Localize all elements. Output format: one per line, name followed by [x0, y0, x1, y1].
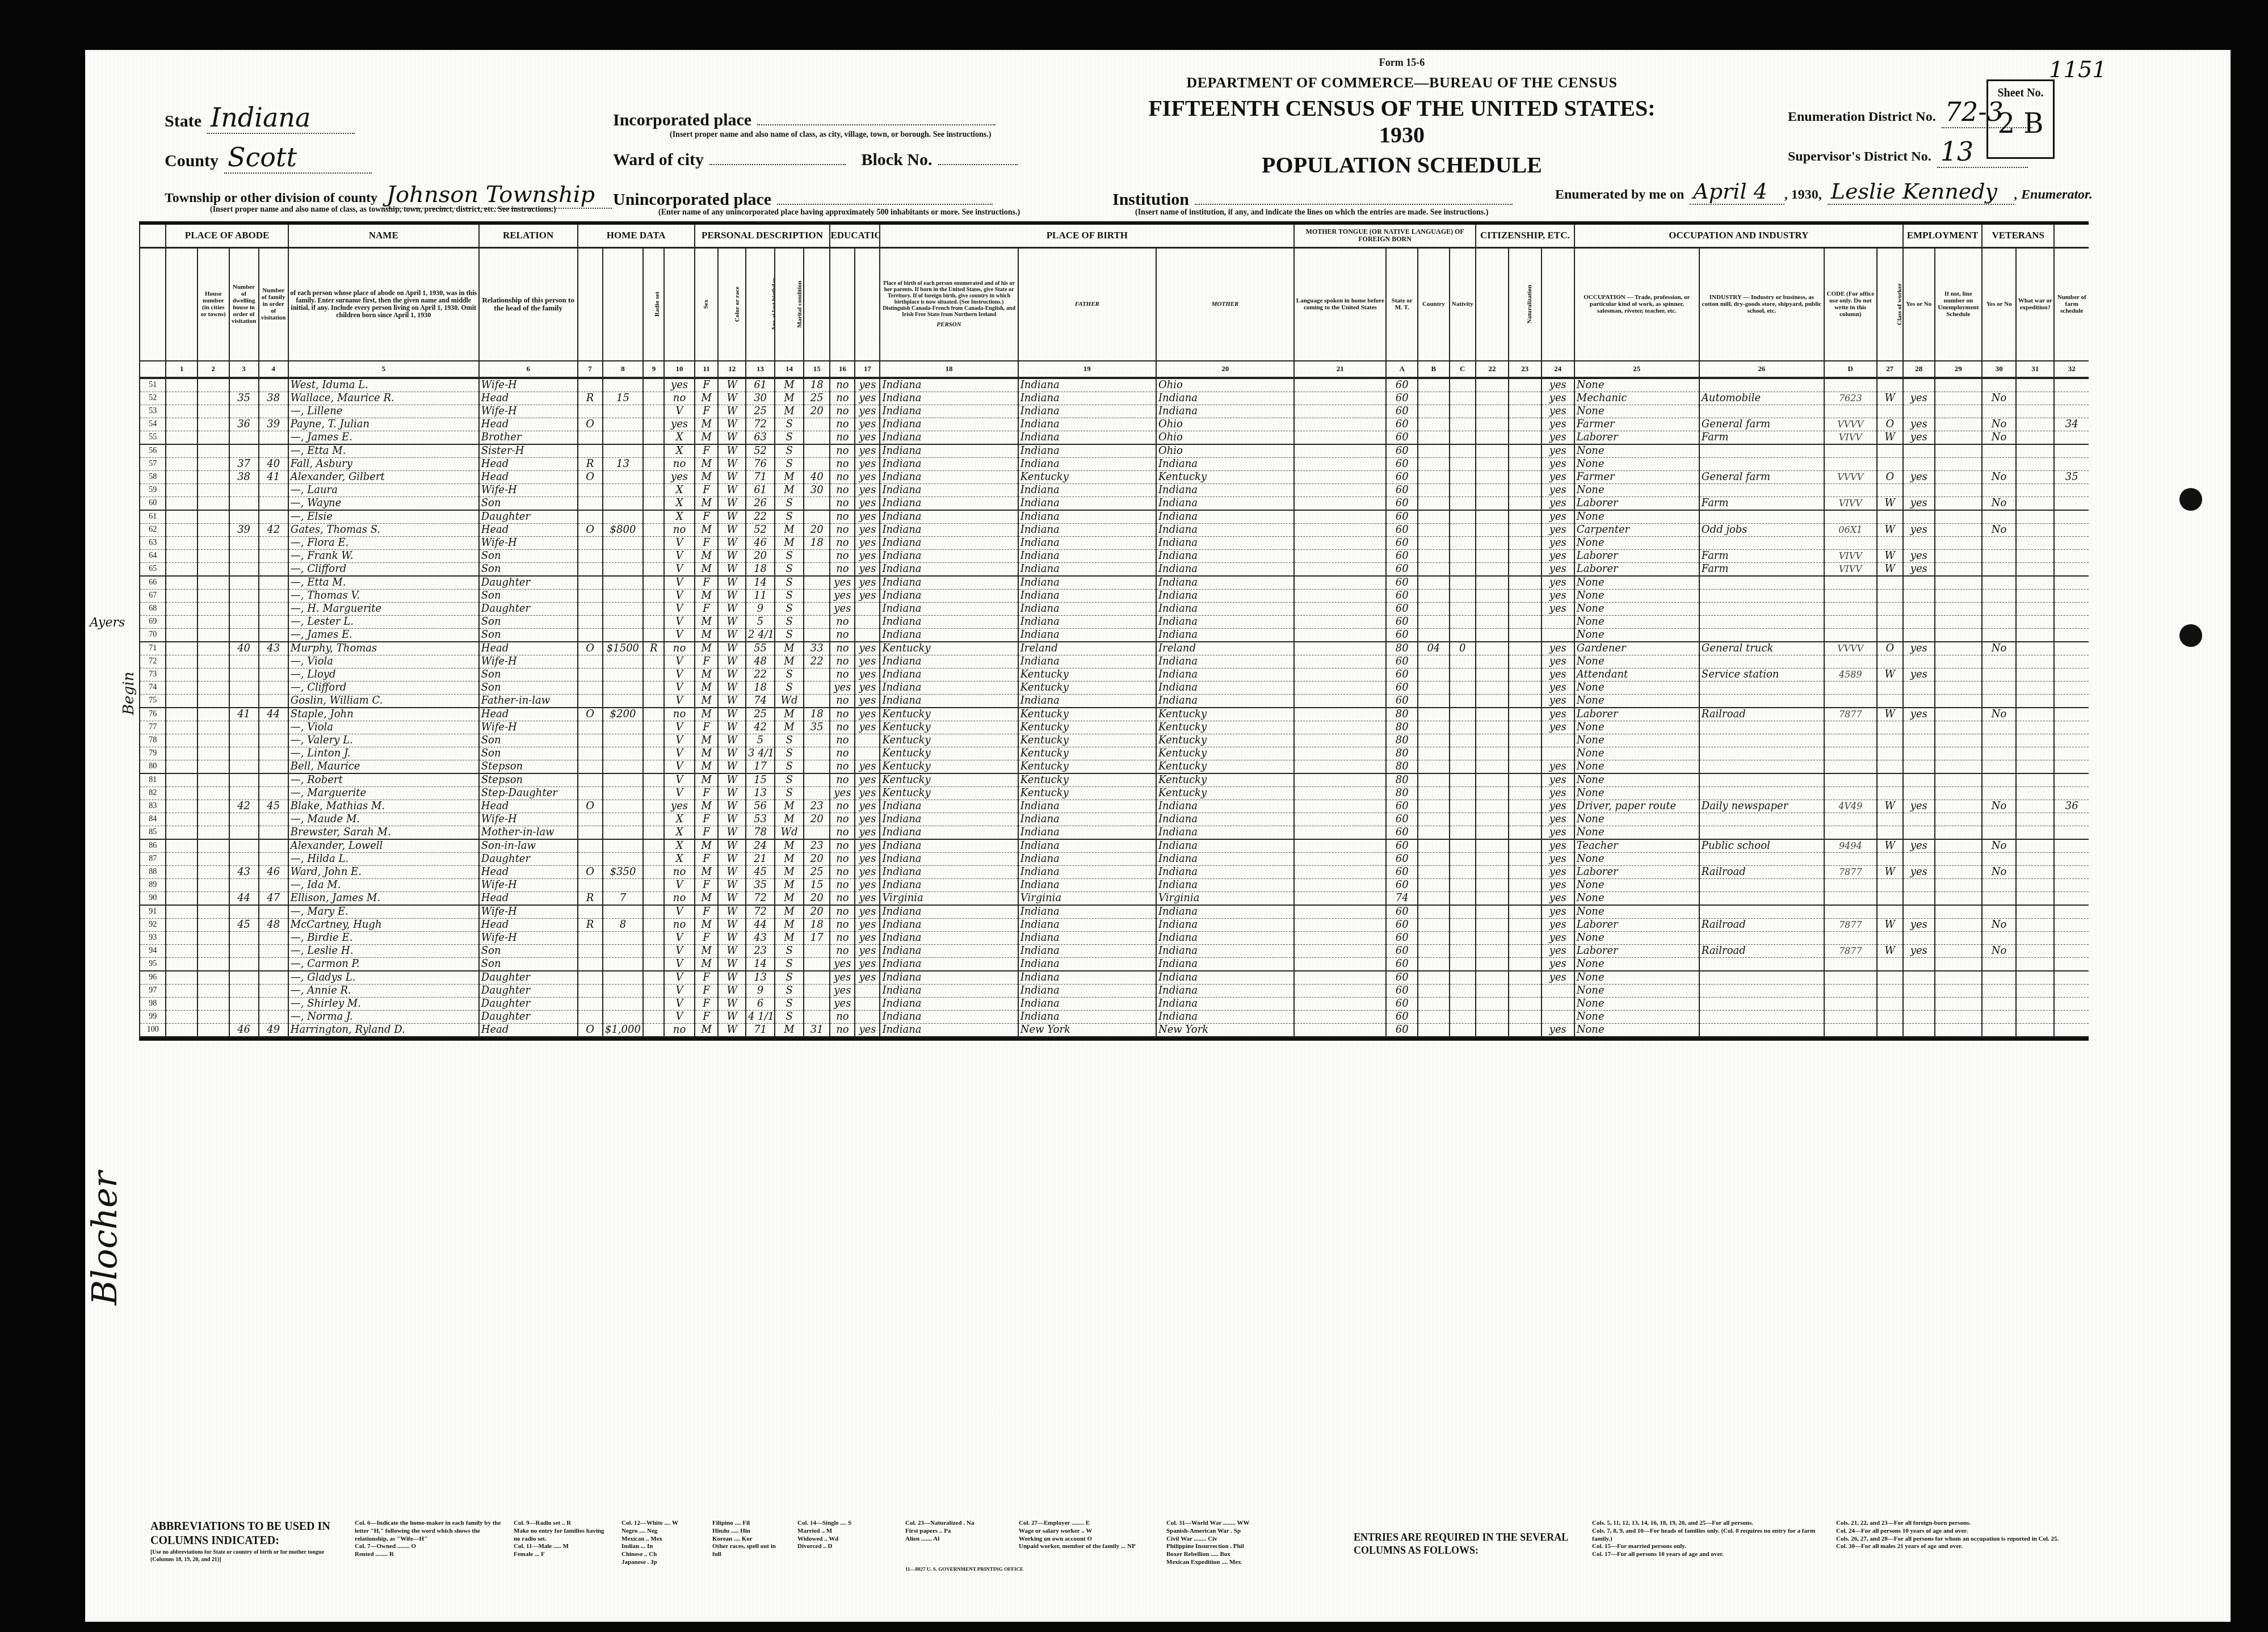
cell-house [198, 576, 229, 590]
cell-occ: None [1574, 405, 1699, 418]
cell-c [1450, 484, 1476, 497]
cell-occ: Laborer [1574, 945, 1699, 958]
cell-rel: Head [479, 642, 578, 655]
cell-rw: yes [855, 378, 880, 392]
cell-ind [1699, 405, 1824, 418]
cell-lang [1294, 444, 1386, 458]
cell-cls [1877, 721, 1903, 734]
cell-ind [1699, 510, 1824, 524]
cell-a: 60 [1386, 655, 1418, 668]
cell-name: —, Ida M. [288, 879, 479, 892]
cell-val [603, 747, 644, 760]
cell-farmno [2054, 747, 2089, 760]
cell-c [1450, 813, 1476, 826]
cell-sex: F [695, 998, 719, 1011]
unincorporated-note: (Enter name of any unincorporated place … [658, 208, 1020, 217]
cell-eng: yes [1542, 905, 1574, 919]
cell-war [2016, 985, 2054, 998]
cell-code [1824, 747, 1877, 760]
cell-imm [1476, 550, 1509, 563]
abbrev-col23: Col. 23—Naturalized . Na First papers ..… [905, 1520, 1007, 1543]
cell-sch: no [830, 418, 855, 431]
cell-unemp [1935, 1011, 1982, 1024]
col-header-relation: Relationship of this person to the head … [479, 247, 578, 361]
cell-line: 52 [140, 392, 166, 405]
cell-a: 60 [1386, 444, 1418, 458]
cell-dw [229, 563, 259, 577]
table-row: 69—, Lester L.SonVMW5SnoIndianaIndianaIn… [140, 616, 2089, 629]
cell-street [166, 787, 198, 800]
abbrev-col9-col11: Col. 9—Radio set .. R Make no entry for … [514, 1520, 610, 1559]
cell-war [2016, 431, 2054, 445]
cell-code: 7877 [1824, 919, 1877, 932]
cell-bpm: Indiana [1156, 813, 1294, 826]
col-header-home-owned: Home owned or rented [578, 247, 603, 361]
cell-war [2016, 497, 2054, 511]
table-row: 93—, Birdie E.Wife-HVFW43M17noyesIndiana… [140, 932, 2089, 945]
cell-bpf: Indiana [1018, 853, 1156, 866]
cell-occ: None [1574, 826, 1699, 840]
cell-cls [1877, 378, 1903, 392]
cell-c [1450, 550, 1476, 563]
cell-war [2016, 590, 2054, 603]
cell-c [1450, 853, 1476, 866]
cell-a: 80 [1386, 760, 1418, 774]
cell-eng: yes [1542, 800, 1574, 813]
cell-farm: V [664, 668, 694, 682]
cell-bpf: Indiana [1018, 905, 1156, 919]
col-header-radio: Radio set [643, 247, 664, 361]
cell-house [198, 773, 229, 787]
cell-lang [1294, 524, 1386, 537]
cell-mar: S [775, 747, 804, 760]
cell-c [1450, 905, 1476, 919]
cell-code [1824, 892, 1877, 906]
cell-farmno [2054, 695, 2089, 708]
cell-ind [1699, 760, 1824, 774]
cell-rw [855, 629, 880, 642]
cell-war [2016, 800, 2054, 813]
cell-radio [643, 813, 664, 826]
cell-bp: Virginia [880, 892, 1018, 906]
cell-occ: None [1574, 695, 1699, 708]
cell-war [2016, 787, 2054, 800]
county-label: County [165, 152, 219, 170]
cell-dw [229, 734, 259, 747]
column-number: 3 [229, 361, 259, 378]
cell-name: —, Clifford [288, 563, 479, 577]
cell-b [1418, 510, 1450, 524]
cell-bpm: Kentucky [1156, 708, 1294, 721]
cell-age: 20 [746, 550, 775, 563]
cell-lang [1294, 1011, 1386, 1024]
cell-fm: 22 [804, 655, 830, 668]
cell-c [1450, 1011, 1476, 1024]
cell-rel: Wife-H [479, 932, 578, 945]
cell-bpf: Indiana [1018, 537, 1156, 550]
col-header-speak-english: Whether able to speak English [1542, 247, 1574, 361]
cell-eng: yes [1542, 655, 1574, 668]
cell-line: 84 [140, 813, 166, 826]
cell-bp: Indiana [880, 497, 1018, 511]
cell-bpm: Indiana [1156, 695, 1294, 708]
cell-bpf: Kentucky [1018, 471, 1156, 484]
cell-code [1824, 971, 1877, 985]
cell-race: W [718, 484, 746, 497]
cell-a: 60 [1386, 616, 1418, 629]
cell-eng: yes [1542, 471, 1574, 484]
cell-cls: W [1877, 866, 1903, 879]
cell-code [1824, 655, 1877, 668]
cell-c [1450, 497, 1476, 511]
cell-code: VVVV [1824, 471, 1877, 484]
cell-b [1418, 839, 1450, 853]
cell-race: W [718, 945, 746, 958]
column-number: D [1824, 361, 1877, 378]
cell-house [198, 813, 229, 826]
cell-war [2016, 826, 2054, 840]
cell-imm [1476, 721, 1509, 734]
table-row: 924548McCartney, HughHeadR8noMW44M18noye… [140, 919, 2089, 932]
cell-name: —, James E. [288, 431, 479, 445]
cell-mar: M [775, 800, 804, 813]
cell-war [2016, 616, 2054, 629]
cell-a: 60 [1386, 1024, 1418, 1037]
cell-eng: yes [1542, 563, 1574, 577]
cell-nat [1509, 905, 1542, 919]
cell-race: W [718, 708, 746, 721]
cell-fam: 44 [259, 708, 288, 721]
cell-vet [1982, 747, 2016, 760]
cell-dw [229, 1011, 259, 1024]
cell-line: 64 [140, 550, 166, 563]
cell-fm [804, 510, 830, 524]
cell-fam [259, 695, 288, 708]
cell-lang [1294, 747, 1386, 760]
cell-sch: no [830, 524, 855, 537]
cell-val [603, 629, 644, 642]
cell-name: —, Hilda L. [288, 853, 479, 866]
cell-name: —, Lloyd [288, 668, 479, 682]
cell-b [1418, 655, 1450, 668]
cell-cls: W [1877, 392, 1903, 405]
cell-cls [1877, 773, 1903, 787]
abbrev-col14: Col. 14—Single .... S Married .. M Widow… [797, 1520, 894, 1551]
cell-farmno [2054, 971, 2089, 985]
cell-rel: Daughter [479, 1011, 578, 1024]
cell-farmno [2054, 590, 2089, 603]
cell-fam [259, 747, 288, 760]
state-label: State [165, 112, 201, 131]
col-header-house-number: House number (in cities or towns) [198, 247, 229, 361]
col-header-immigration-year: Year of immigration to the United States [1476, 247, 1509, 361]
cell-bpf: Kentucky [1018, 668, 1156, 682]
cell-val [603, 655, 644, 668]
cell-rel: Son-in-law [479, 839, 578, 853]
cell-fam [259, 734, 288, 747]
cell-farm: X [664, 497, 694, 511]
cell-bpm: Indiana [1156, 800, 1294, 813]
cell-radio [643, 590, 664, 603]
cell-name: —, Viola [288, 655, 479, 668]
cell-eng: yes [1542, 590, 1574, 603]
cell-vet [1982, 721, 2016, 734]
cell-house [198, 629, 229, 642]
group-employment: EMPLOYMENT [1903, 225, 1982, 247]
cell-dw [229, 695, 259, 708]
cell-age: 3 4/12 [746, 747, 775, 760]
cell-code [1824, 537, 1877, 550]
cell-race: W [718, 932, 746, 945]
cell-house [198, 708, 229, 721]
cell-fam [259, 668, 288, 682]
cell-sch: no [830, 1024, 855, 1037]
cell-war [2016, 576, 2054, 590]
table-row: 63—, Flora E.Wife-HVFW46M18noyesIndianaI… [140, 537, 2089, 550]
cell-c [1450, 471, 1476, 484]
cell-line: 58 [140, 471, 166, 484]
cell-fm: 23 [804, 800, 830, 813]
column-number: 13 [746, 361, 775, 378]
cell-line: 89 [140, 879, 166, 892]
cell-farm: V [664, 537, 694, 550]
cell-bp: Indiana [880, 524, 1018, 537]
cell-fam [259, 655, 288, 668]
cell-street [166, 721, 198, 734]
cell-nat [1509, 708, 1542, 721]
cell-street [166, 998, 198, 1011]
cell-sex: F [695, 971, 719, 985]
cell-imm [1476, 839, 1509, 853]
cell-c [1450, 537, 1476, 550]
cell-sch: no [830, 378, 855, 392]
cell-imm [1476, 826, 1509, 840]
cell-race: W [718, 682, 746, 695]
cell-mar: M [775, 524, 804, 537]
cell-eng: yes [1542, 642, 1574, 655]
cell-sch: yes [830, 787, 855, 800]
cell-farmno [2054, 497, 2089, 511]
cell-sex: F [695, 879, 719, 892]
col-header-code-a: State or M. T. [1386, 247, 1418, 361]
column-number: 17 [855, 361, 880, 378]
cell-code [1824, 958, 1877, 971]
cell-farmno [2054, 998, 2089, 1011]
cell-street [166, 734, 198, 747]
cell-farm: V [664, 905, 694, 919]
cell-street [166, 945, 198, 958]
cell-bpf: Indiana [1018, 497, 1156, 511]
cell-mar: S [775, 458, 804, 471]
cell-sch: no [830, 642, 855, 655]
cell-own: O [578, 1024, 603, 1037]
cell-c [1450, 708, 1476, 721]
cell-race: W [718, 563, 746, 577]
cell-b [1418, 892, 1450, 906]
cell-farmno [2054, 616, 2089, 629]
cell-b [1418, 773, 1450, 787]
cell-bp: Indiana [880, 998, 1018, 1011]
cell-sex: M [695, 760, 719, 774]
cell-radio [643, 458, 664, 471]
cell-val [603, 537, 644, 550]
cell-rw: yes [855, 444, 880, 458]
margin-note-ayers: Ayers [90, 616, 125, 630]
cell-occ: None [1574, 787, 1699, 800]
cell-val [603, 431, 644, 445]
cell-sex: M [695, 563, 719, 577]
cell-val [603, 760, 644, 774]
cell-line: 69 [140, 616, 166, 629]
cell-own [578, 813, 603, 826]
cell-a: 60 [1386, 866, 1418, 879]
cell-unemp [1935, 932, 1982, 945]
cell-unemp [1935, 958, 1982, 971]
cell-code: 9494 [1824, 839, 1877, 853]
cell-bp: Indiana [880, 444, 1018, 458]
cell-fm: 25 [804, 392, 830, 405]
cell-sex: M [695, 550, 719, 563]
cell-rw: yes [855, 932, 880, 945]
cell-farm: yes [664, 418, 694, 431]
cell-farm: no [664, 1024, 694, 1037]
cell-fm [804, 682, 830, 695]
cell-code: 4589 [1824, 668, 1877, 682]
cell-bpm: Indiana [1156, 998, 1294, 1011]
cell-eng: yes [1542, 484, 1574, 497]
cell-unemp [1935, 800, 1982, 813]
cell-cls: W [1877, 919, 1903, 932]
cell-bpm: Indiana [1156, 484, 1294, 497]
cell-race: W [718, 853, 746, 866]
sheet-value: 2 B [1988, 108, 2053, 140]
cell-vet [1982, 892, 2016, 906]
cell-occ: Farmer [1574, 418, 1699, 431]
cell-bpf: Indiana [1018, 629, 1156, 642]
cell-fm [804, 734, 830, 747]
cell-sex: F [695, 932, 719, 945]
cell-b [1418, 998, 1450, 1011]
cell-name: McCartney, Hugh [288, 919, 479, 932]
cell-eng: yes [1542, 418, 1574, 431]
cell-occ: None [1574, 958, 1699, 971]
cell-mar: M [775, 405, 804, 418]
cell-bpf: Kentucky [1018, 721, 1156, 734]
cell-vet: No [1982, 800, 2016, 813]
cell-lang [1294, 985, 1386, 998]
sheet-number-box: Sheet No. 2 B [1986, 79, 2055, 159]
cell-emp [1903, 695, 1935, 708]
group-occupation-industry: OCCUPATION AND INDUSTRY [1574, 225, 1903, 247]
cell-nat [1509, 471, 1542, 484]
cell-emp [1903, 590, 1935, 603]
cell-farmno: 35 [2054, 471, 2089, 484]
cell-c [1450, 721, 1476, 734]
cell-occ: Laborer [1574, 708, 1699, 721]
cell-vet [1982, 1024, 2016, 1037]
cell-lang [1294, 510, 1386, 524]
cell-farm: V [664, 695, 694, 708]
column-number: 12 [718, 361, 746, 378]
cell-war [2016, 550, 2054, 563]
cell-rel: Head [479, 471, 578, 484]
cell-fm [804, 985, 830, 998]
cell-code [1824, 1011, 1877, 1024]
cell-code: 06X1 [1824, 524, 1877, 537]
cell-fm [804, 616, 830, 629]
cell-sch: no [830, 892, 855, 906]
cell-bpf: Indiana [1018, 458, 1156, 471]
cell-bp: Indiana [880, 905, 1018, 919]
cell-bpf: Indiana [1018, 431, 1156, 445]
cell-radio [643, 682, 664, 695]
cell-imm [1476, 985, 1509, 998]
cell-own [578, 760, 603, 774]
cell-eng [1542, 1011, 1574, 1024]
table-row: 98—, Shirley M.DaughterVFW6SyesIndianaIn… [140, 998, 2089, 1011]
cell-imm [1476, 800, 1509, 813]
cell-bp: Indiana [880, 378, 1018, 392]
cell-ind [1699, 905, 1824, 919]
cell-b [1418, 879, 1450, 892]
cell-mar: M [775, 892, 804, 906]
cell-unemp [1935, 773, 1982, 787]
ward-label: Ward of city [613, 150, 704, 169]
cell-eng: yes [1542, 945, 1574, 958]
cell-farmno [2054, 458, 2089, 471]
cell-b [1418, 695, 1450, 708]
cell-val [603, 971, 644, 985]
cell-emp [1903, 813, 1935, 826]
cell-eng: yes [1542, 497, 1574, 511]
cell-rw: yes [855, 945, 880, 958]
cell-lang [1294, 839, 1386, 853]
cell-radio [643, 537, 664, 550]
cell-vet [1982, 853, 2016, 866]
cell-occ: Driver, paper route [1574, 800, 1699, 813]
cell-bp: Indiana [880, 392, 1018, 405]
cell-bp: Indiana [880, 879, 1018, 892]
cell-eng: yes [1542, 444, 1574, 458]
cell-farmno [2054, 392, 2089, 405]
cell-war [2016, 524, 2054, 537]
cell-own [578, 682, 603, 695]
cell-race: W [718, 524, 746, 537]
cell-dw [229, 747, 259, 760]
cell-farmno [2054, 550, 2089, 563]
cell-name: —, Valery L. [288, 734, 479, 747]
cell-eng: yes [1542, 853, 1574, 866]
cell-code [1824, 773, 1877, 787]
stamp-number: 1151 [2049, 57, 2107, 83]
cell-b [1418, 550, 1450, 563]
cell-val [603, 998, 644, 1011]
cell-age: 6 [746, 998, 775, 1011]
cell-bp: Indiana [880, 590, 1018, 603]
cell-farm: yes [664, 800, 694, 813]
enum-district-label: Enumeration District No. [1788, 110, 1936, 124]
cell-sex: F [695, 378, 719, 392]
cell-bpm: Indiana [1156, 879, 1294, 892]
cell-mar: M [775, 905, 804, 919]
cell-occ: Laborer [1574, 497, 1699, 511]
cell-cls [1877, 616, 1903, 629]
cell-a: 60 [1386, 603, 1418, 616]
cell-imm [1476, 405, 1509, 418]
cell-sex: M [695, 945, 719, 958]
cell-line: 71 [140, 642, 166, 655]
cell-eng: yes [1542, 826, 1574, 840]
